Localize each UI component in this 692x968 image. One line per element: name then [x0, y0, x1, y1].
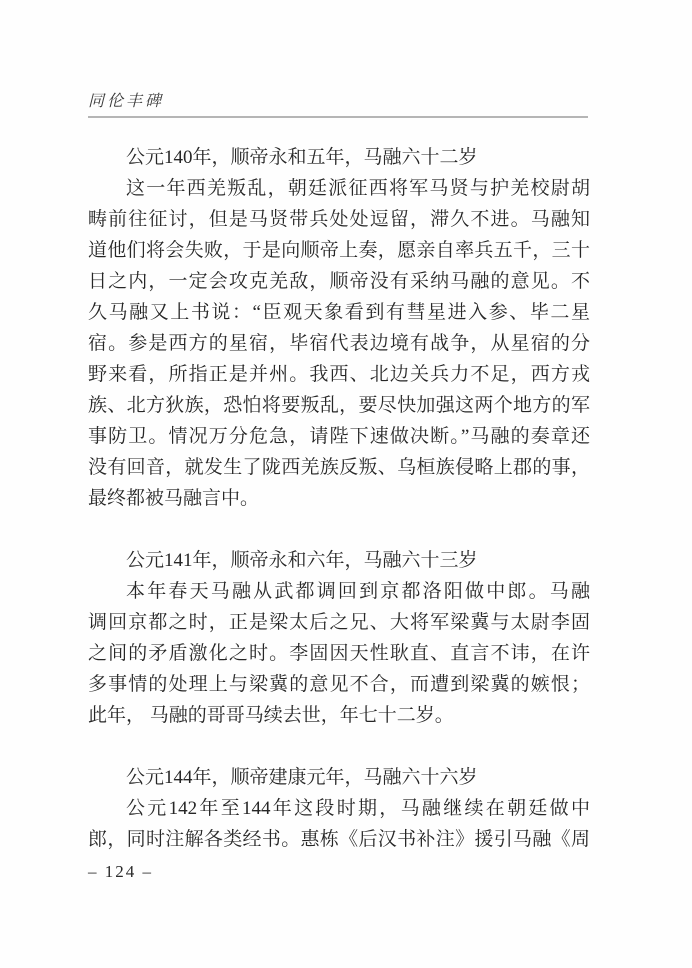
- text-line: 公元142年至144年这段时期，马融继续在朝廷做中: [88, 793, 590, 824]
- running-head: 同伦丰碑: [88, 92, 588, 112]
- text-line: 本年春天马融从武都调回到京都洛阳做中郎。马融: [88, 576, 590, 607]
- text-line: 久马融又上书说：“臣观天象看到有彗星进入参、毕二星: [88, 297, 590, 328]
- book-page: 同伦丰碑 公元140年，顺帝永和五年，马融六十二岁这一年西羌叛乱，朝廷派征西将军…: [0, 0, 692, 968]
- page-number: – 124 –: [88, 862, 153, 881]
- text-line: 族、北方狄族，恐怕将要叛乱，要尽快加强这两个地方的军: [88, 390, 590, 421]
- page-footer: – 124 –: [88, 862, 153, 882]
- text-line: 畴前往征讨，但是马贤带兵处处逗留，滞久不进。马融知: [88, 204, 590, 235]
- section: 公元141年，顺帝永和六年，马融六十三岁本年春天马融从武都调回到京都洛阳做中郎。…: [88, 545, 590, 731]
- text-line: 最终都被马融言中。: [88, 483, 590, 514]
- text-line: 日之内，一定会攻克羌敌，顺帝没有采纳马融的意见。不: [88, 266, 590, 297]
- section: 公元140年，顺帝永和五年，马融六十二岁这一年西羌叛乱，朝廷派征西将军马贤与护羌…: [88, 142, 590, 514]
- text-line: 这一年西羌叛乱，朝廷派征西将军马贤与护羌校尉胡: [88, 173, 590, 204]
- section-heading: 公元140年，顺帝永和五年，马融六十二岁: [88, 142, 590, 173]
- section-heading: 公元141年，顺帝永和六年，马融六十三岁: [88, 545, 590, 576]
- section: 公元144年，顺帝建康元年，马融六十六岁公元142年至144年这段时期，马融继续…: [88, 762, 590, 855]
- body-text: 公元140年，顺帝永和五年，马融六十二岁这一年西羌叛乱，朝廷派征西将军马贤与护羌…: [88, 142, 590, 855]
- text-line: 事防卫。情况万分危急，请陛下速做决断。”马融的奏章还: [88, 421, 590, 452]
- text-line: 没有回音，就发生了陇西羌族反叛、乌桓族侵略上郡的事，: [88, 452, 590, 483]
- section-heading: 公元144年，顺帝建康元年，马融六十六岁: [88, 762, 590, 793]
- text-line: 野来看，所指正是并州。我西、北边关兵力不足，西方戎: [88, 359, 590, 390]
- text-line: 郎，同时注解各类经书。惠栋《后汉书补注》援引马融《周: [88, 824, 590, 855]
- page-header: 同伦丰碑: [88, 92, 588, 118]
- text-line: 调回京都之时，正是梁太后之兄、大将军梁冀与太尉李固: [88, 607, 590, 638]
- text-line: 道他们将会失败，于是向顺帝上奏，愿亲自率兵五千，三十: [88, 235, 590, 266]
- text-line: 宿。参是西方的星宿，毕宿代表边境有战争，从星宿的分: [88, 328, 590, 359]
- text-line: 多事情的处理上与梁冀的意见不合，而遭到梁冀的嫉恨；: [88, 669, 590, 700]
- text-line: 此年， 马融的哥哥马续去世，年七十二岁。: [88, 700, 590, 731]
- text-line: 之间的矛盾激化之时。李固因天性耿直、直言不讳，在许: [88, 638, 590, 669]
- header-rule: [88, 116, 588, 118]
